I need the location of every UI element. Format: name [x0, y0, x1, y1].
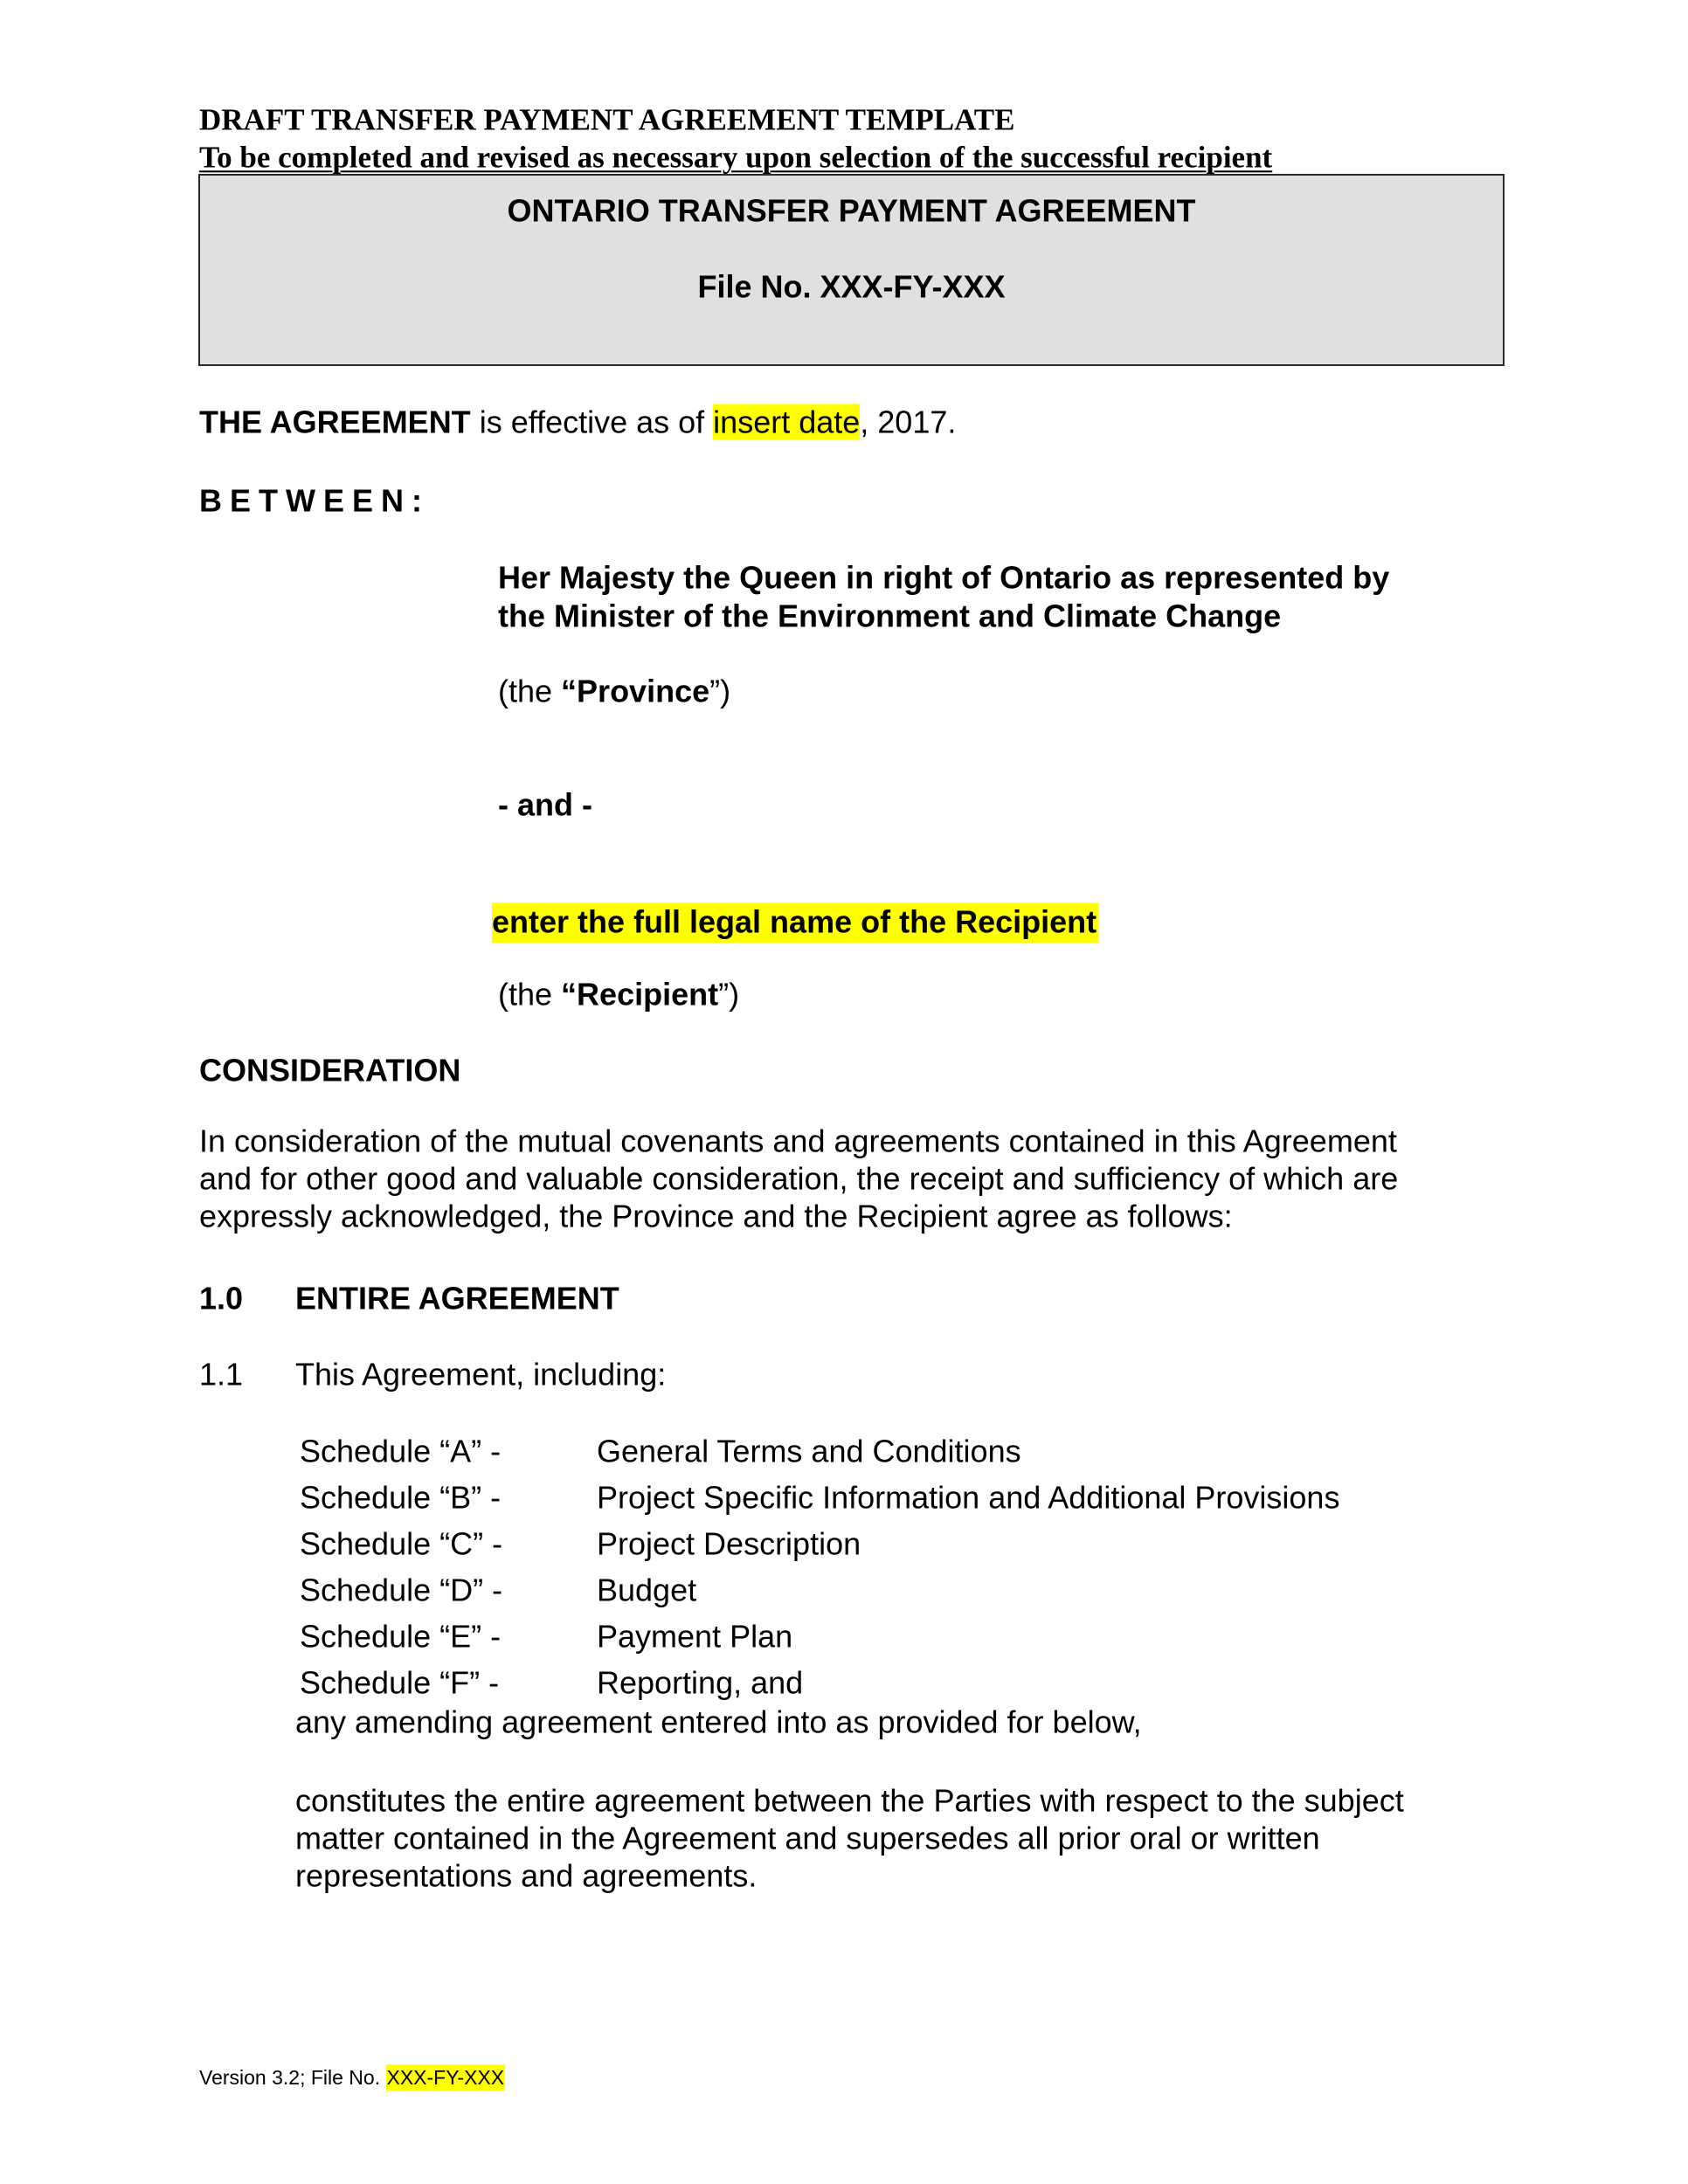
constitutes-line: representations and agreements. — [295, 1860, 757, 1891]
and-separator: - and - — [498, 789, 592, 820]
schedule-description: Payment Plan — [597, 1621, 792, 1652]
between-label: BETWEEN: — [199, 485, 430, 516]
definition-close: ”) — [709, 673, 730, 708]
definition-term: “Province — [561, 673, 709, 708]
schedule-description: General Terms and Conditions — [597, 1435, 1021, 1467]
agreement-title-box: ONTARIO TRANSFER PAYMENT AGREEMENT File … — [198, 174, 1505, 366]
page-footer: Version 3.2; File No. XXX-FY-XXX — [199, 2068, 505, 2088]
schedule-description: Project Description — [597, 1528, 861, 1559]
schedule-label: Schedule “C” - — [300, 1528, 502, 1559]
schedule-description: Reporting, and — [597, 1667, 803, 1698]
effective-year: , 2017. — [860, 404, 956, 439]
agreement-title: ONTARIO TRANSFER PAYMENT AGREEMENT — [200, 195, 1503, 226]
schedule-label: Schedule “E” - — [300, 1621, 501, 1652]
effective-date-line: THE AGREEMENT is effective as of insert … — [199, 406, 956, 438]
definition-term: “Recipient — [561, 976, 718, 1012]
subsection-text: This Agreement, including: — [295, 1358, 666, 1390]
consideration-heading: CONSIDERATION — [199, 1054, 460, 1086]
paragraph-line: and for other good and valuable consider… — [199, 1163, 1398, 1194]
paragraph-line: In consideration of the mutual covenants… — [199, 1125, 1397, 1157]
section-number: 1.0 — [199, 1282, 243, 1314]
document-page: DRAFT TRANSFER PAYMENT AGREEMENT TEMPLAT… — [0, 0, 1688, 2184]
schedule-label: Schedule “B” - — [300, 1482, 501, 1513]
schedule-label: Schedule “A” - — [300, 1435, 501, 1467]
definition-close: ”) — [718, 976, 739, 1012]
effective-text: is effective as of — [471, 404, 713, 439]
amending-agreement-line: any amending agreement entered into as p… — [295, 1706, 1142, 1738]
definition-open: (the — [498, 673, 561, 708]
draft-subtitle: To be completed and revised as necessary… — [199, 142, 1272, 172]
constitutes-line: constitutes the entire agreement between… — [295, 1785, 1404, 1816]
agreement-file-number: File No. XXX-FY-XXX — [200, 271, 1503, 302]
schedule-description: Project Specific Information and Additio… — [597, 1482, 1339, 1513]
footer-file-number[interactable]: XXX-FY-XXX — [386, 2064, 506, 2091]
schedule-label: Schedule “D” - — [300, 1574, 502, 1606]
schedule-description: Budget — [597, 1574, 696, 1606]
province-definition: (the “Province”) — [498, 675, 730, 707]
agreement-lead: THE AGREEMENT — [199, 404, 471, 439]
date-placeholder[interactable]: insert date — [713, 404, 860, 439]
constitutes-line: matter contained in the Agreement and su… — [295, 1822, 1320, 1854]
footer-version: Version 3.2; File No. — [199, 2066, 386, 2089]
schedule-label: Schedule “F” - — [300, 1667, 499, 1698]
section-title: ENTIRE AGREEMENT — [295, 1282, 619, 1314]
subsection-number: 1.1 — [199, 1358, 243, 1390]
province-party-line-1: Her Majesty the Queen in right of Ontari… — [498, 562, 1389, 593]
recipient-definition: (the “Recipient”) — [498, 978, 739, 1010]
paragraph-line: expressly acknowledged, the Province and… — [199, 1200, 1233, 1232]
recipient-name-placeholder[interactable]: enter the full legal name of the Recipie… — [492, 902, 1098, 943]
definition-open: (the — [498, 976, 561, 1012]
province-party-line-2: the Minister of the Environment and Clim… — [498, 600, 1281, 632]
draft-title: DRAFT TRANSFER PAYMENT AGREEMENT TEMPLAT… — [199, 104, 1015, 135]
